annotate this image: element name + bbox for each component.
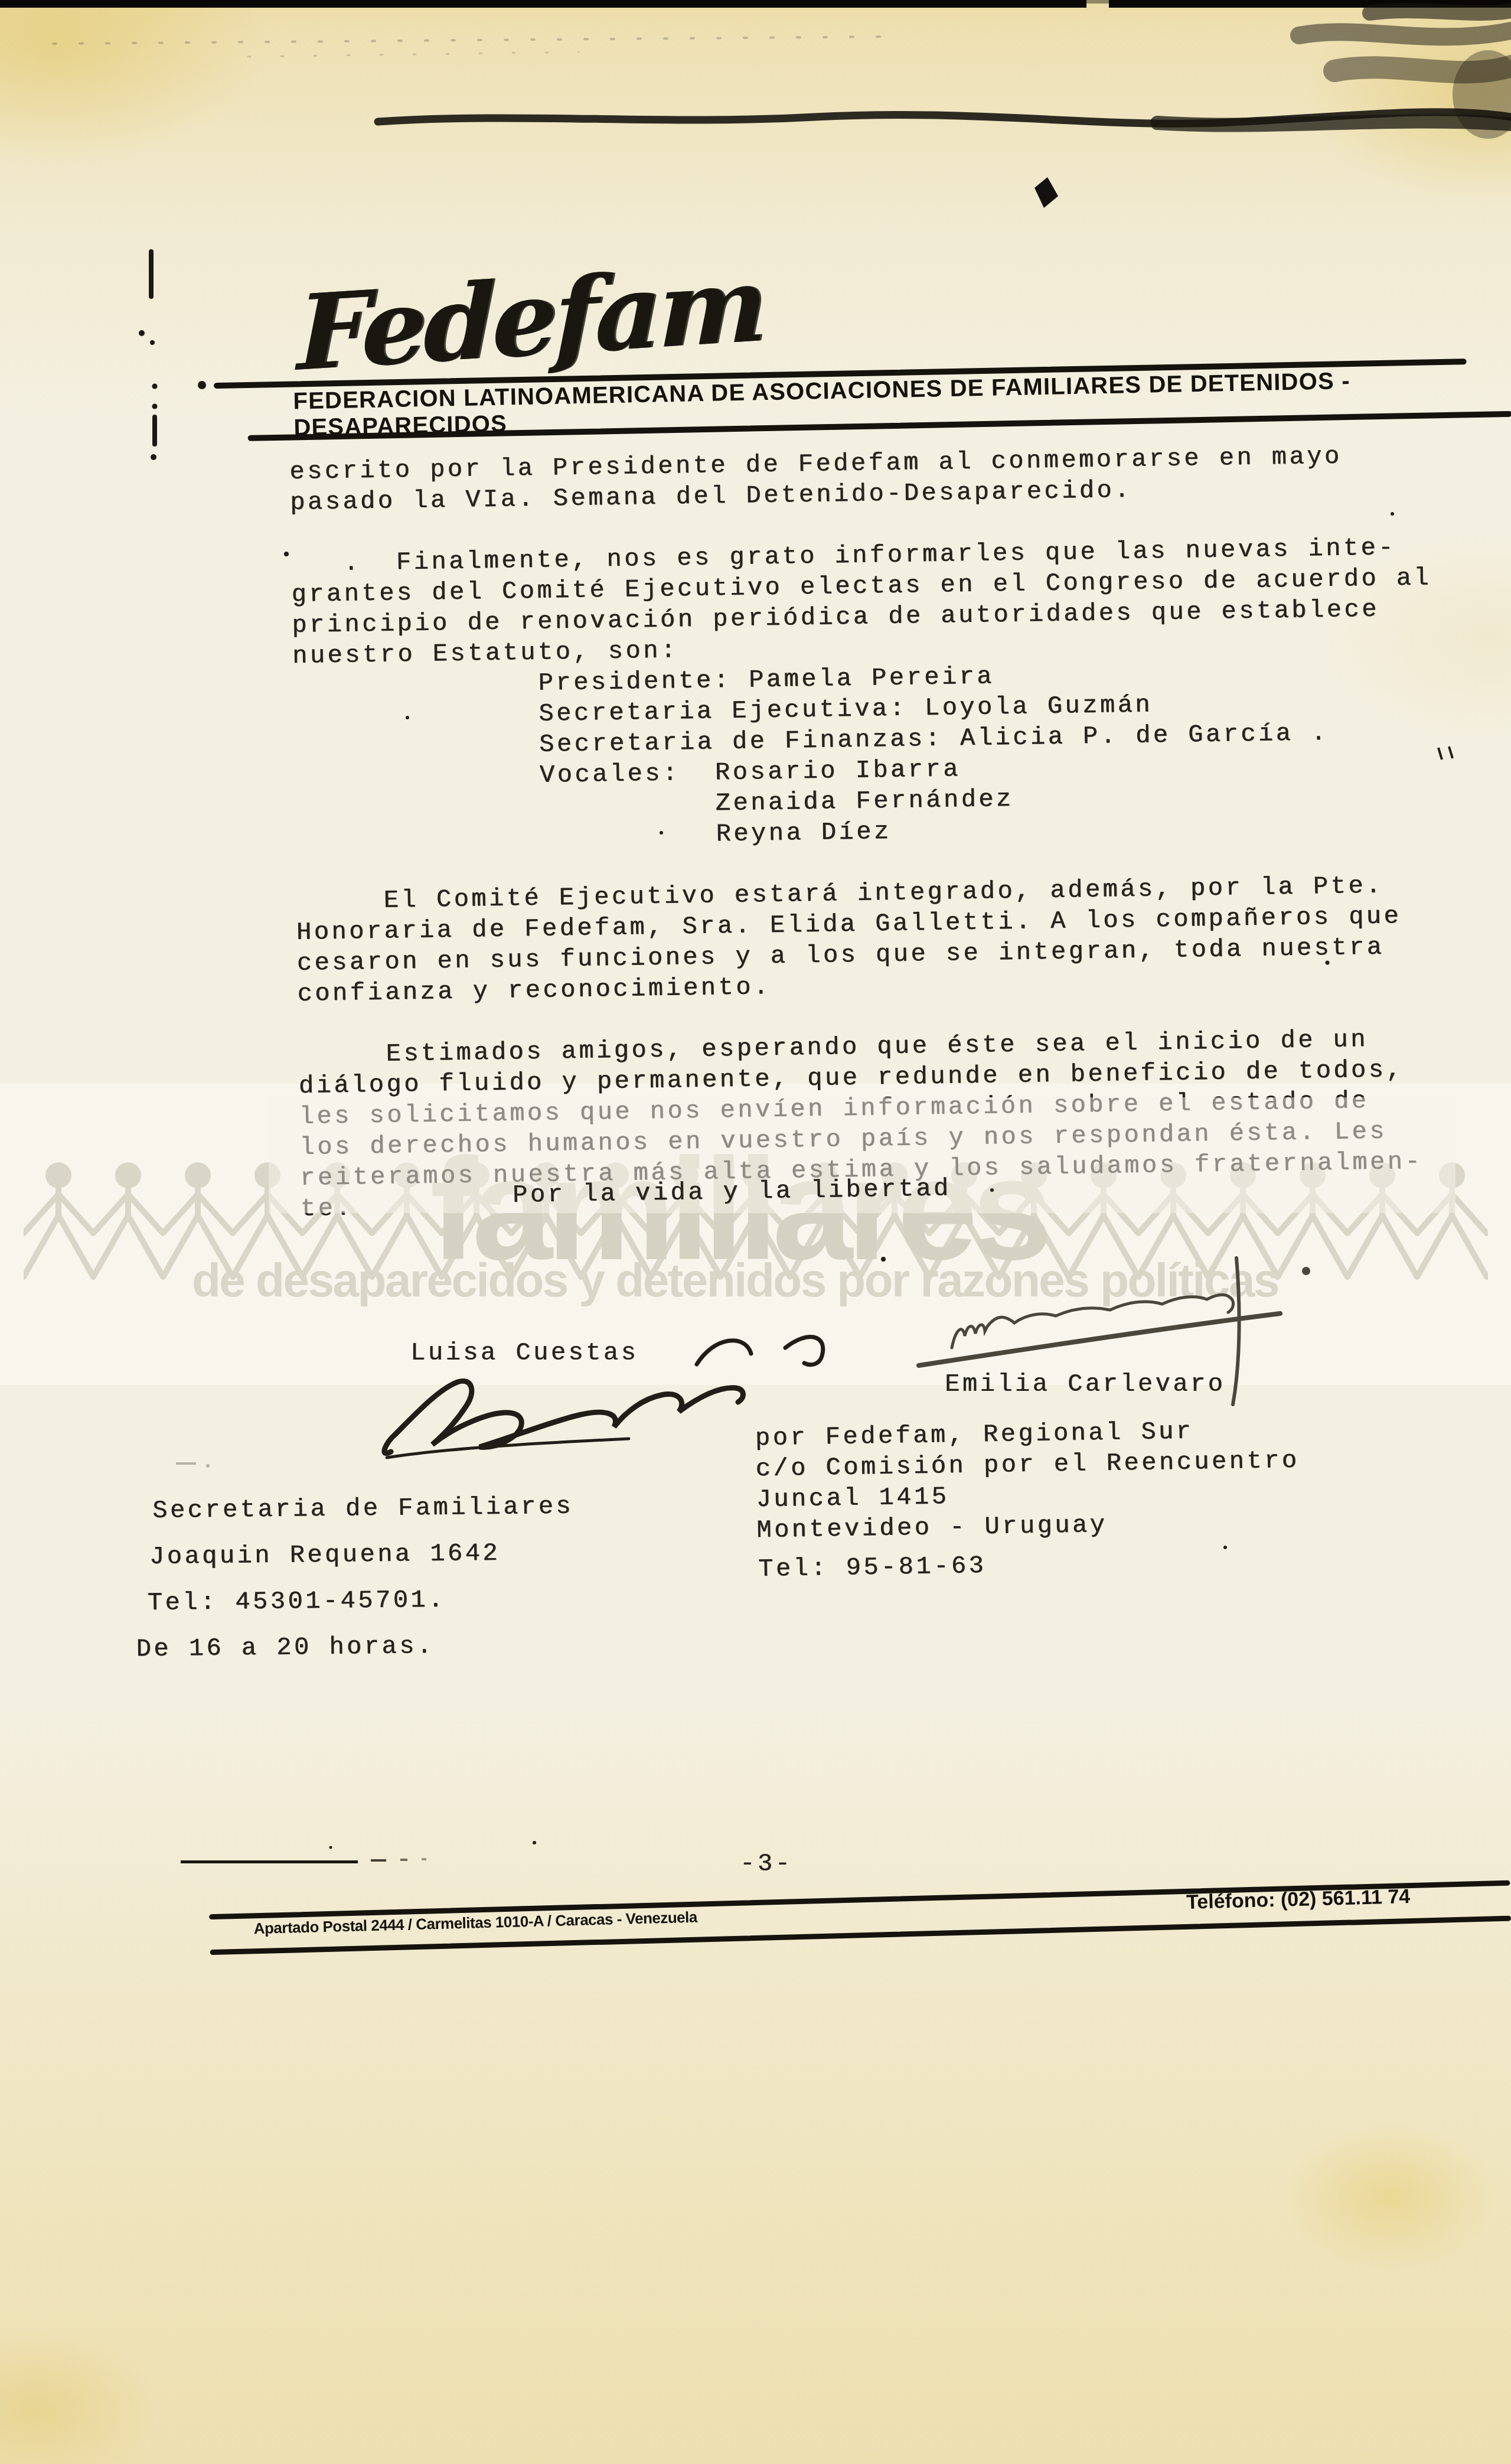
contact-left-line: De 16 a 20 horas. <box>136 1631 435 1664</box>
contact-left-line: Secretaria de Familiares <box>152 1491 573 1526</box>
contact-left-line: Tel: 45301-45701. <box>147 1585 446 1618</box>
scanned-letter-page: familiares de desaparecidos y detenidos … <box>0 0 1511 2464</box>
contact-block-left: Secretaria de Familiares Joaquin Requena… <box>0 0 1511 2464</box>
contact-left-line: Joaquin Requena 1642 <box>149 1538 501 1572</box>
